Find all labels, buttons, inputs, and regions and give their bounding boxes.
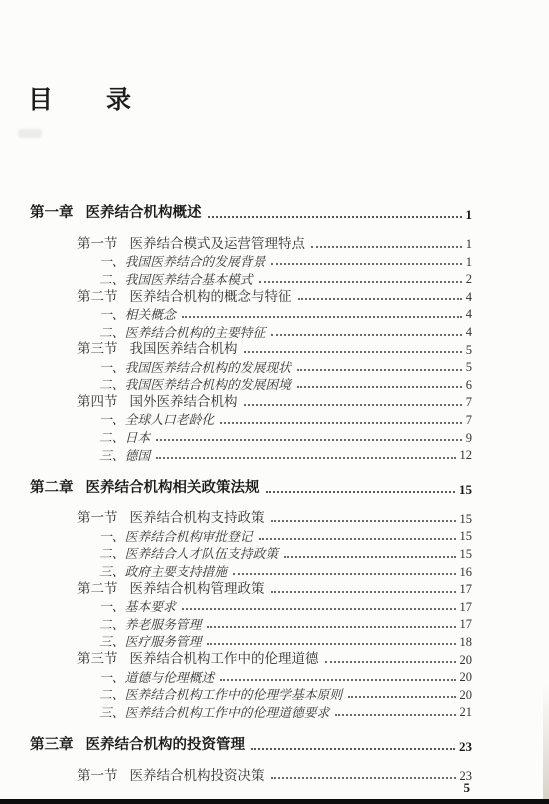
item-title: 三、医疗服务管理: [99, 635, 201, 649]
dot-leader: [233, 573, 456, 575]
dot-leader: [335, 714, 455, 716]
toc-page-number: 4: [466, 308, 472, 322]
toc-page-number: 15: [460, 548, 473, 562]
toc-page-number: 20: [460, 689, 473, 703]
toc-item-row: 三、德国 12: [0, 445, 472, 463]
toc-page-number: 16: [460, 566, 473, 580]
scan-edge-bottom: [0, 799, 549, 804]
table-of-contents: 第一章 医养结合机构概述 1 第一节 医养结合模式及运营管理特点 1 一、我国医…: [0, 202, 549, 783]
toc-item-row: 二、医养结合机构的主要特征 4: [0, 322, 472, 340]
toc-page-number: 2: [466, 273, 472, 287]
dot-leader: [220, 679, 455, 681]
toc-page-number: 1: [466, 238, 472, 252]
toc-page-number: 6: [466, 379, 472, 393]
section-label: 第二节: [77, 290, 118, 305]
dot-leader: [284, 556, 455, 558]
dot-leader: [311, 246, 462, 248]
section-title: 我国医养结合机构: [130, 342, 238, 357]
section-title: 医养结合机构投资决策: [130, 769, 265, 784]
toc-item-row: 三、政府主要支持措施 16: [0, 562, 472, 580]
dot-leader: [271, 520, 456, 522]
toc-item-row: 二、我国医养结合基本模式 2: [0, 269, 472, 287]
toc-page-number: 17: [460, 583, 473, 597]
toc-section-row: 第四节 国外医养结合机构 7: [0, 392, 472, 410]
dot-leader: [182, 608, 456, 610]
section-label: 第一节: [77, 511, 118, 526]
toc-item-row: 二、医养结合人才队伍支持政策 15: [0, 544, 472, 562]
dot-leader: [207, 643, 455, 645]
toc-item-row: 二、养老服务管理 17: [0, 614, 472, 632]
item-title: 三、医养结合机构工作中的伦理道德要求: [99, 706, 329, 720]
item-title: 一、相关概念: [99, 308, 176, 322]
toc-page-number: 20: [460, 654, 473, 668]
dot-leader: [251, 748, 455, 750]
toc-section-row: 第三节 我国医养结合机构 5: [0, 340, 472, 358]
toc-section-row: 第一节 医养结合机构投资决策 23: [0, 766, 472, 784]
dot-leader: [271, 334, 461, 336]
dot-leader: [271, 263, 461, 265]
dot-leader: [156, 439, 462, 441]
dot-leader: [325, 661, 456, 663]
item-title: 二、我国医养结合机构的发展困境: [99, 378, 291, 392]
toc-page-number: 17: [460, 601, 473, 615]
toc-page-number: 20: [460, 671, 473, 685]
chapter-title: 医养结合机构相关政策法规: [86, 481, 260, 497]
toc-section-row: 第三节 医养结合机构工作中的伦理道德 20: [0, 649, 472, 667]
item-title: 一、医养结合机构审批登记: [99, 530, 253, 544]
section-label: 第四节: [77, 395, 118, 410]
toc-page-number: 21: [460, 706, 473, 720]
item-title: 三、政府主要支持措施: [99, 565, 227, 579]
toc-item-row: 一、基本要求 17: [0, 597, 472, 615]
section-label: 第一节: [77, 769, 118, 784]
toc-page-number: 7: [466, 396, 472, 410]
dot-leader: [259, 538, 456, 540]
toc-chapter-row: 第一章 医养结合机构概述 1: [0, 202, 472, 222]
section-title: 医养结合模式及运营管理特点: [130, 237, 306, 252]
toc-page-number: 4: [466, 326, 472, 340]
item-title: 二、我国医养结合基本模式: [99, 273, 253, 287]
toc-section-row: 第二节 医养结合机构的概念与特征 4: [0, 287, 472, 305]
toc-page-number: 18: [460, 636, 473, 650]
toc-page-number: 9: [466, 432, 472, 446]
toc-item-row: 一、我国医养结合的发展背景 1: [0, 252, 472, 270]
scan-smudge: [18, 129, 42, 138]
toc-chapter-row: 第三章 医养结合机构的投资管理 23: [0, 734, 472, 754]
toc-item-row: 二、日本 9: [0, 428, 472, 446]
toc-page-number: 1: [466, 208, 473, 222]
toc-page-number: 15: [460, 513, 473, 527]
toc-page-number: 12: [460, 449, 473, 463]
toc-item-row: 三、医养结合机构工作中的伦理道德要求 21: [0, 702, 472, 720]
dot-leader: [271, 777, 456, 779]
dot-leader: [297, 369, 462, 371]
dot-leader: [156, 457, 455, 459]
dot-leader: [207, 626, 455, 628]
section-label: 第三节: [77, 342, 118, 357]
section-title: 医养结合机构支持政策: [130, 511, 265, 526]
dot-leader: [244, 351, 462, 353]
item-title: 一、全球人口老龄化: [99, 413, 214, 427]
toc-item-row: 一、全球人口老龄化 7: [0, 410, 472, 428]
section-label: 第三节: [77, 652, 118, 667]
toc-section-row: 第一节 医养结合模式及运营管理特点 1: [0, 234, 472, 252]
item-title: 三、德国: [99, 449, 150, 463]
dot-leader: [259, 281, 462, 283]
chapter-title: 医养结合机构的投资管理: [86, 738, 246, 754]
toc-page-number: 5: [466, 344, 472, 358]
item-title: 一、我国医养结合的发展背景: [99, 255, 265, 269]
dot-leader: [182, 316, 462, 318]
toc-page-number: 5: [466, 361, 472, 375]
item-title: 一、道德与伦理概述: [99, 671, 214, 685]
item-title: 一、我国医养结合机构的发展现状: [99, 361, 291, 375]
toc-page-number: 15: [460, 530, 473, 544]
toc-page-number: 15: [459, 483, 472, 497]
item-title: 二、医养结合人才队伍支持政策: [99, 547, 278, 561]
section-title: 国外医养结合机构: [130, 395, 238, 410]
toc-item-row: 一、我国医养结合机构的发展现状 5: [0, 357, 472, 375]
toc-item-row: 二、我国医养结合机构的发展困境 6: [0, 375, 472, 393]
toc-chapter-row: 第二章 医养结合机构相关政策法规 15: [0, 477, 472, 497]
toc-page-number: 1: [466, 256, 472, 270]
chapter-label: 第二章: [30, 481, 74, 497]
item-title: 二、养老服务管理: [99, 618, 201, 632]
section-label: 第一节: [77, 237, 118, 252]
dot-leader: [208, 216, 462, 218]
item-title: 二、医养结合机构工作中的伦理学基本原则: [99, 688, 342, 702]
section-title: 医养结合机构管理政策: [130, 582, 265, 597]
toc-page-number: 23: [459, 740, 472, 754]
toc-item-row: 二、医养结合机构工作中的伦理学基本原则 20: [0, 685, 472, 703]
chapter-label: 第一章: [30, 206, 74, 222]
toc-item-row: 一、相关概念 4: [0, 304, 472, 322]
toc-page-number: 7: [466, 414, 472, 428]
toc-item-row: 一、医养结合机构审批登记 15: [0, 526, 472, 544]
chapter-title: 医养结合机构概述: [86, 206, 202, 222]
item-title: 二、医养结合机构的主要特征: [99, 326, 265, 340]
dot-leader: [348, 696, 455, 698]
item-title: 二、日本: [99, 431, 150, 445]
page-title: 目 录: [0, 0, 549, 113]
section-title: 医养结合机构的概念与特征: [130, 290, 292, 305]
scan-edge-right: [543, 684, 549, 799]
dot-leader: [297, 386, 462, 388]
dot-leader: [266, 491, 456, 493]
section-title: 医养结合机构工作中的伦理道德: [130, 652, 319, 667]
toc-item-row: 三、医疗服务管理 18: [0, 632, 472, 650]
section-label: 第二节: [77, 582, 118, 597]
scanned-book-page: 目 录 第一章 医养结合机构概述 1 第一节 医养结合模式及运营管理特点 1 一…: [0, 0, 549, 804]
dot-leader: [271, 591, 456, 593]
toc-page-number: 17: [460, 618, 473, 632]
toc-page-number: 4: [466, 291, 472, 305]
folio-page-number: 5: [464, 780, 471, 796]
dot-leader: [244, 404, 462, 406]
toc-section-row: 第二节 医养结合机构管理政策 17: [0, 579, 472, 597]
dot-leader: [220, 422, 462, 424]
item-title: 一、基本要求: [99, 600, 176, 614]
chapter-label: 第三章: [30, 738, 74, 754]
toc-section-row: 第一节 医养结合机构支持政策 15: [0, 509, 472, 527]
dot-leader: [298, 298, 462, 300]
toc-item-row: 一、道德与伦理概述 20: [0, 667, 472, 685]
